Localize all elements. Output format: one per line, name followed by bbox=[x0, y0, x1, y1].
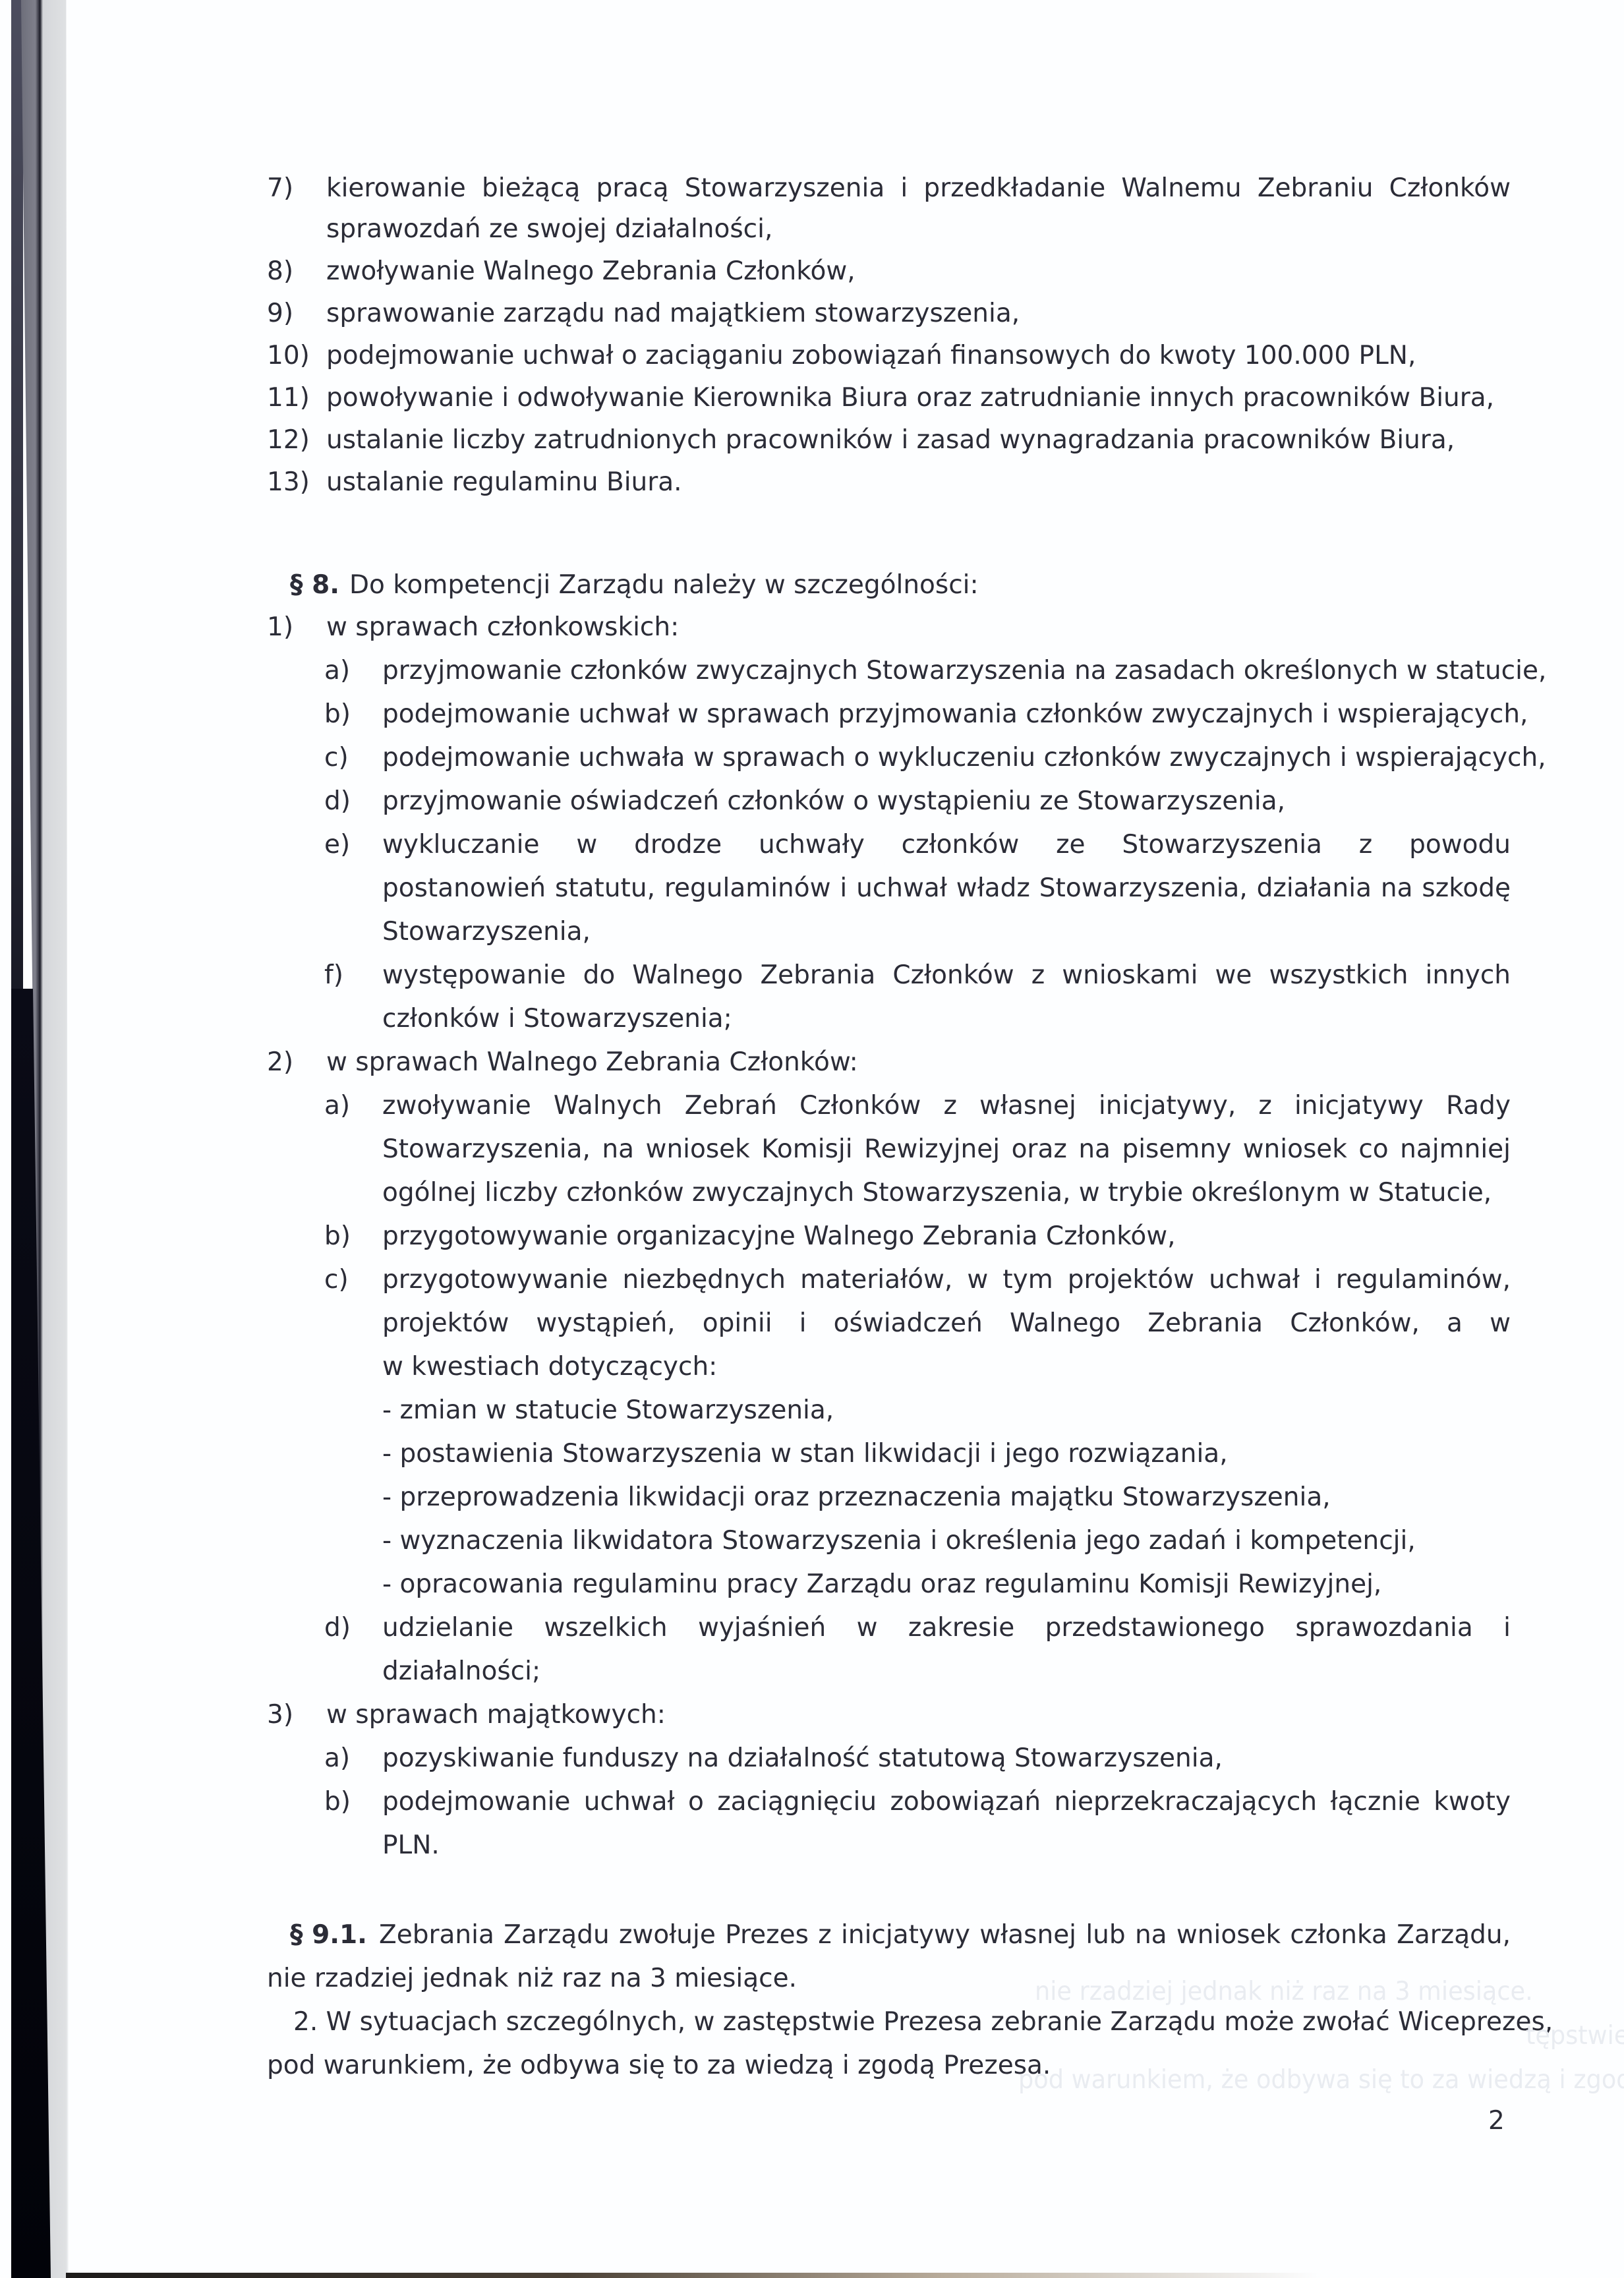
item-text: wykluczanie w drodze uchwały członków ze… bbox=[382, 830, 1511, 860]
item-letter: c) bbox=[324, 743, 349, 773]
item-text: ogólnej liczby członków zwyczajnych Stow… bbox=[382, 1178, 1492, 1208]
group-number: 1) bbox=[267, 612, 293, 643]
show-through-text: tępstwie P bbox=[1526, 2021, 1624, 2051]
item-letter: b) bbox=[324, 1221, 351, 1252]
item-text: podejmowanie uchwał o zaciągnięciu zobow… bbox=[382, 1787, 1511, 1817]
paragraph-line: nie rzadziej jednak niż raz na 3 miesiąc… bbox=[267, 1964, 797, 1994]
item-letter: a) bbox=[324, 656, 350, 686]
item-text: przyjmowanie członków zwyczajnych Stowar… bbox=[382, 656, 1546, 686]
item-text: działalności; bbox=[382, 1656, 540, 1687]
list-number: 13) bbox=[267, 467, 310, 498]
item-text: podejmowanie uchwała w sprawach o wykluc… bbox=[382, 743, 1546, 773]
item-text: członków i Stowarzyszenia; bbox=[382, 1004, 732, 1034]
item-letter: b) bbox=[324, 1787, 351, 1817]
dash-item: - zmian w statucie Stowarzyszenia, bbox=[382, 1395, 834, 1426]
paragraph-line: Zebrania Zarządu zwołuje Prezes z inicja… bbox=[379, 1920, 1511, 1950]
group-number: 2) bbox=[267, 1047, 293, 1078]
list-number: 7) bbox=[267, 173, 293, 204]
dash-item: - przeprowadzenia likwidacji oraz przezn… bbox=[382, 1482, 1331, 1513]
section-heading: § 9.1. bbox=[290, 1920, 367, 1950]
group-title: w sprawach członkowskich: bbox=[326, 612, 679, 643]
item-text: występowanie do Walnego Zebrania Członkó… bbox=[382, 960, 1511, 991]
item-text: przyjmowanie oświadczeń członków o wystą… bbox=[382, 786, 1285, 817]
item-letter: d) bbox=[324, 786, 351, 817]
list-item-text: ustalanie regulaminu Biura. bbox=[326, 467, 682, 498]
section-intro: Do kompetencji Zarządu należy w szczegól… bbox=[349, 570, 979, 600]
group-number: 3) bbox=[267, 1700, 293, 1730]
item-letter: a) bbox=[324, 1091, 350, 1121]
item-text: Stowarzyszenia, bbox=[382, 917, 591, 947]
item-letter: d) bbox=[324, 1613, 351, 1643]
dash-item: - wyznaczenia likwidatora Stowarzyszenia… bbox=[382, 1526, 1416, 1556]
item-letter: f) bbox=[324, 960, 343, 991]
section-heading: § 8. bbox=[290, 570, 339, 600]
dash-item: - postawienia Stowarzyszenia w stan likw… bbox=[382, 1439, 1228, 1469]
item-text: podejmowanie uchwał w sprawach przyjmowa… bbox=[382, 699, 1528, 730]
paragraph-line: pod warunkiem, że odbywa się to za wiedz… bbox=[267, 2051, 1051, 2081]
list-item-text: powoływanie i odwoływanie Kierownika Biu… bbox=[326, 383, 1494, 413]
scan-bottom-edge bbox=[66, 2273, 1318, 2278]
list-number: 9) bbox=[267, 299, 293, 329]
item-text: udzielanie wszelkich wyjaśnień w zakresi… bbox=[382, 1613, 1511, 1643]
item-letter: e) bbox=[324, 830, 350, 860]
item-text: przygotowywanie organizacyjne Walnego Ze… bbox=[382, 1221, 1176, 1252]
show-through-text: nie rzadziej jednak niż raz na 3 miesiąc… bbox=[1035, 1977, 1533, 2007]
item-text: pozyskiwanie funduszy na działalność sta… bbox=[382, 1743, 1223, 1774]
page-number: 2 bbox=[1488, 2106, 1505, 2136]
item-text: projektów wystąpień, opinii i oświadczeń… bbox=[382, 1308, 1511, 1339]
dash-item: - opracowania regulaminu pracy Zarządu o… bbox=[382, 1569, 1381, 1600]
item-text: w kwestiach dotyczących: bbox=[382, 1352, 717, 1382]
item-text: zwoływanie Walnych Zebrań Członków z wła… bbox=[382, 1091, 1511, 1121]
group-title: w sprawach majątkowych: bbox=[326, 1700, 666, 1730]
list-number: 8) bbox=[267, 256, 293, 287]
item-letter: c) bbox=[324, 1265, 349, 1295]
item-text: PLN. bbox=[382, 1830, 440, 1861]
list-item-text: ustalanie liczby zatrudnionych pracownik… bbox=[326, 425, 1455, 455]
list-item-text: kierowanie bieżącą pracą Stowarzyszenia … bbox=[326, 173, 1511, 204]
list-item-text: zwoływanie Walnego Zebrania Członków, bbox=[326, 256, 855, 287]
paragraph-line: 2. W sytuacjach szczególnych, w zastępst… bbox=[293, 2007, 1553, 2037]
list-number: 11) bbox=[267, 383, 310, 413]
group-title: w sprawach Walnego Zebrania Członków: bbox=[326, 1047, 858, 1078]
item-letter: a) bbox=[324, 1743, 350, 1774]
item-text: Stowarzyszenia, na wniosek Komisji Rewiz… bbox=[382, 1134, 1511, 1165]
list-item-text: sprawowanie zarządu nad majątkiem stowar… bbox=[326, 299, 1020, 329]
list-item-text: sprawozdań ze swojej działalności, bbox=[326, 214, 772, 245]
item-text: przygotowywanie niezbędnych materiałów, … bbox=[382, 1265, 1511, 1295]
list-number: 12) bbox=[267, 425, 310, 455]
show-through-text: pod warunkiem, że odbywa się to za wiedz… bbox=[1018, 2065, 1624, 2095]
item-letter: b) bbox=[324, 699, 351, 730]
list-item-text: podejmowanie uchwał o zaciąganiu zobowią… bbox=[326, 341, 1416, 371]
item-text: postanowień statutu, regulaminów i uchwa… bbox=[382, 873, 1511, 904]
list-number: 10) bbox=[267, 341, 310, 371]
